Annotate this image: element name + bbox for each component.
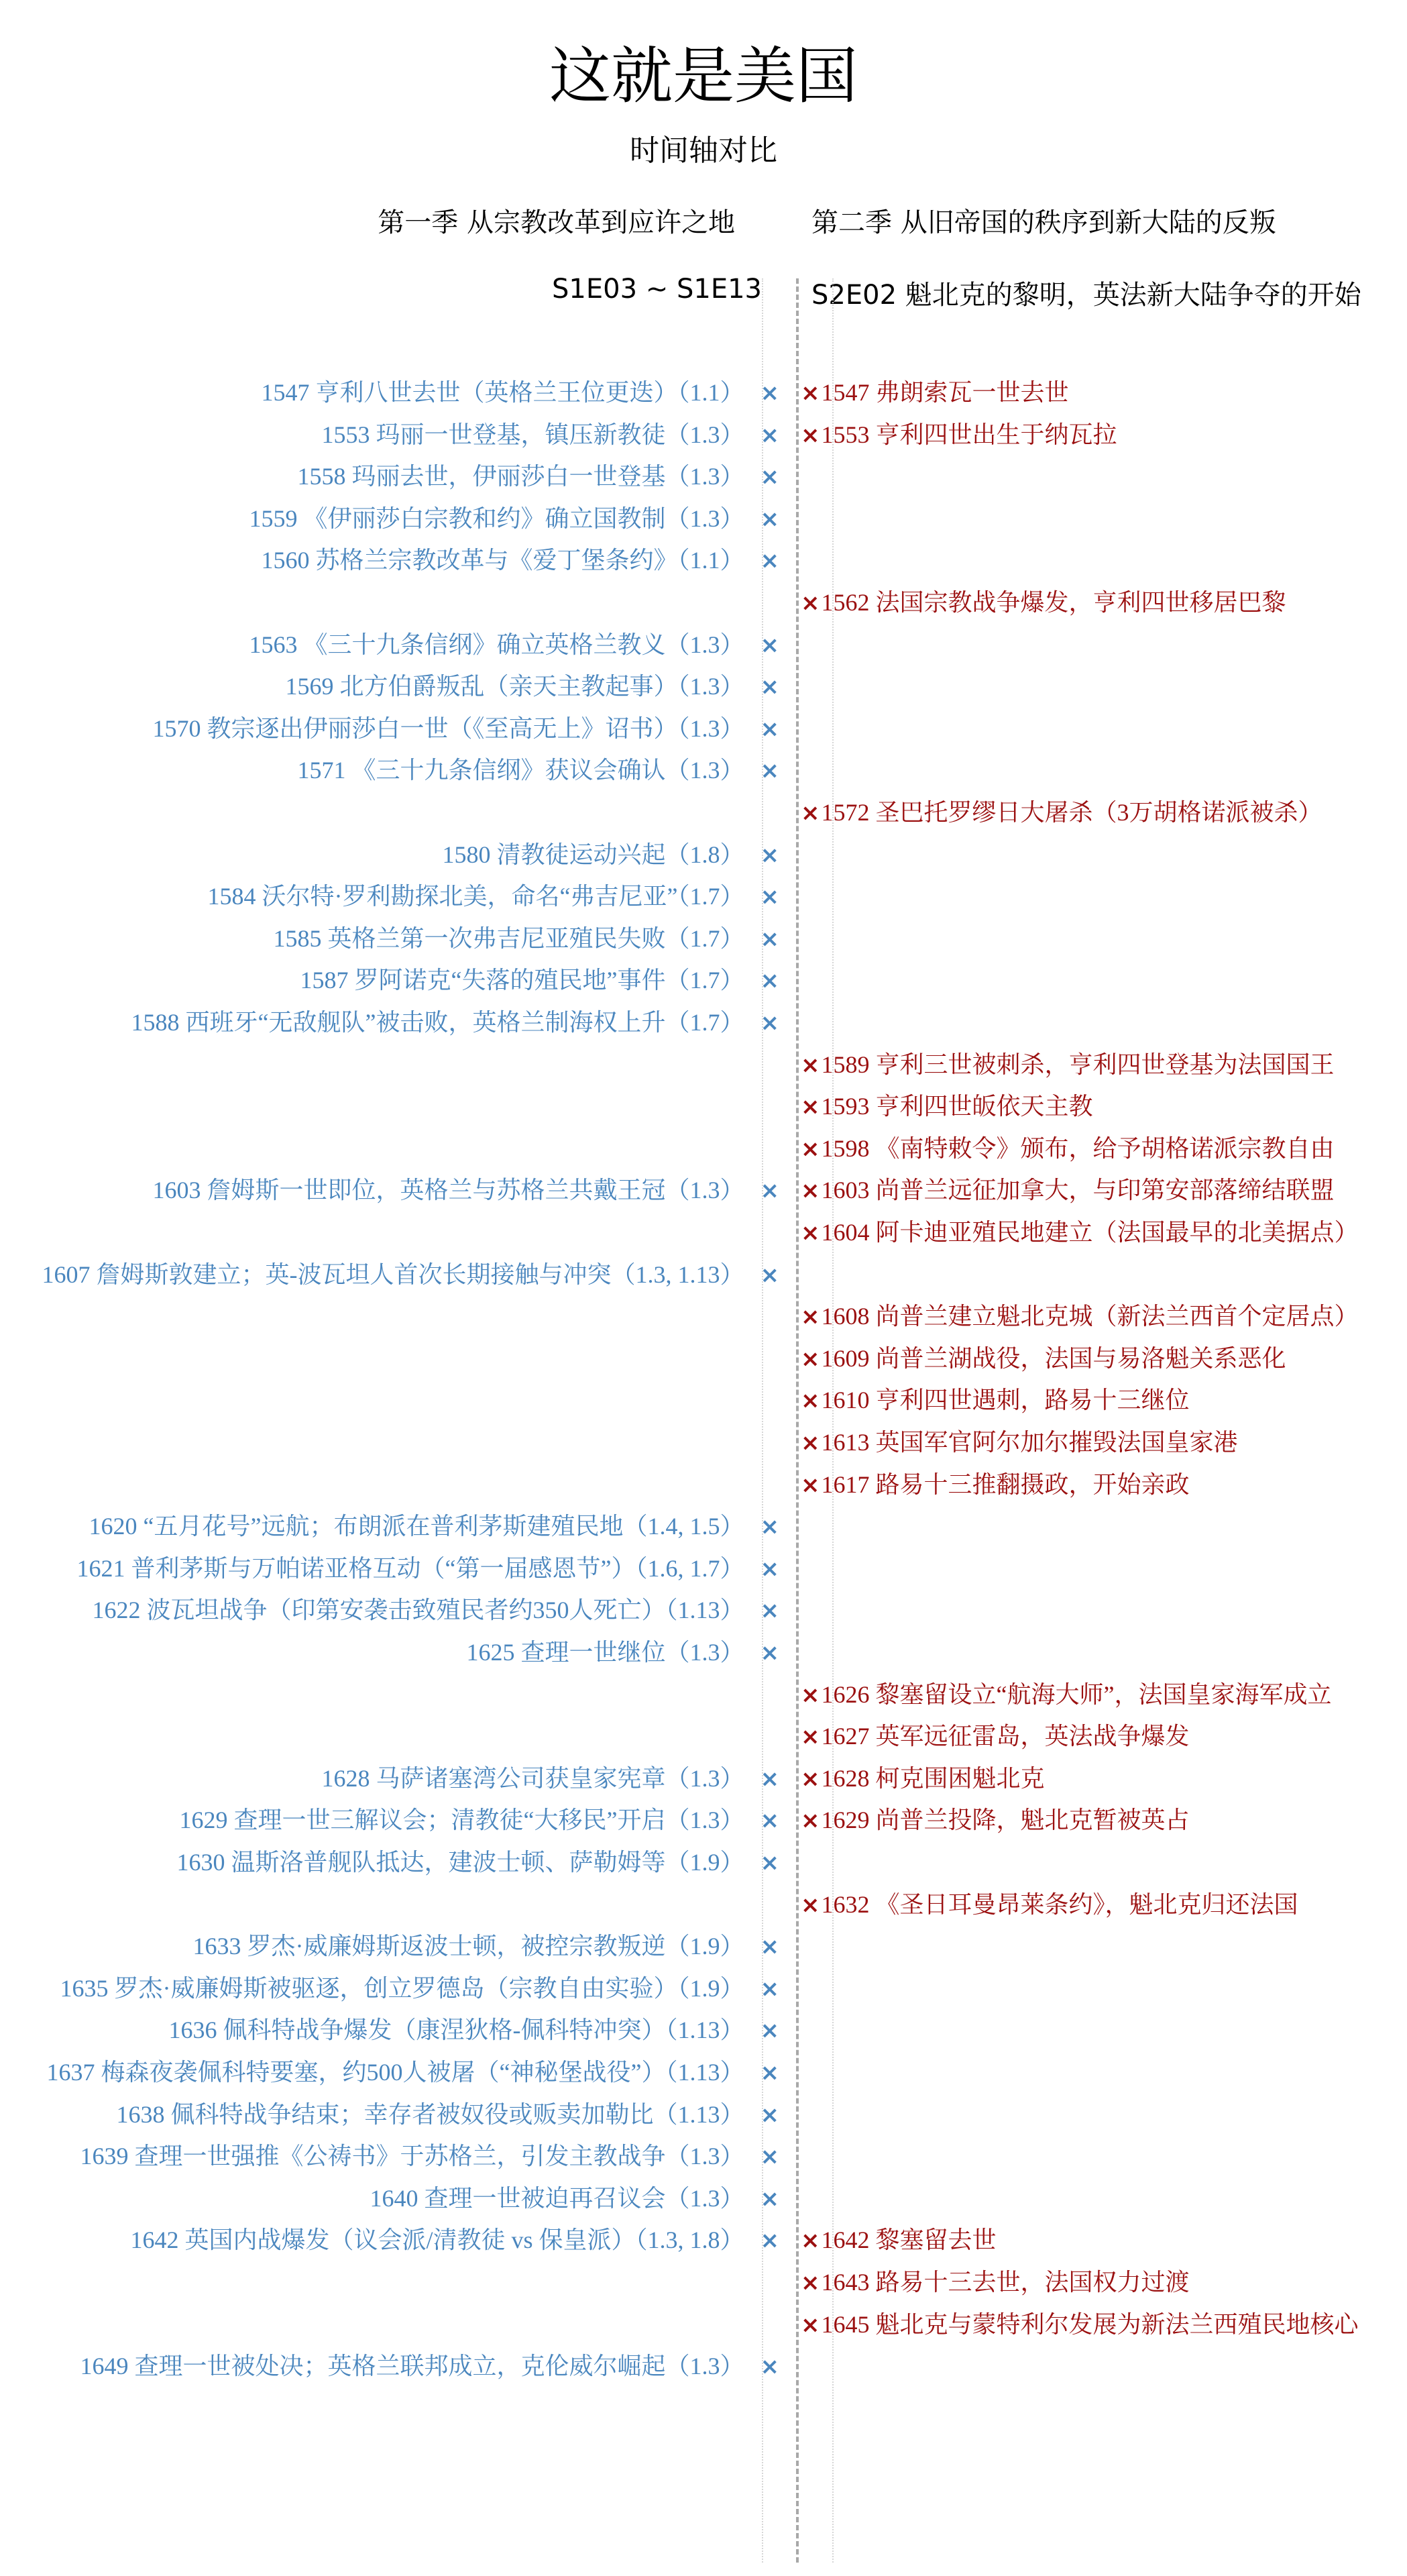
cross-marker-icon: × [761, 1262, 780, 1289]
cross-marker-icon: × [801, 2227, 820, 2254]
left-event-row: 1547 亨利八世去世（英格兰王位更迭）（1.1）× [261, 375, 779, 410]
cross-marker-icon: × [801, 1472, 820, 1499]
cross-marker-icon: × [761, 967, 780, 994]
left-event-row: 1570 教宗逐出伊丽莎白一世（《至高无上》诏书）（1.3）× [152, 711, 779, 746]
event-label: 1628 马萨诸塞湾公司获皇家宪章（1.3） [321, 1765, 744, 1792]
left-event-row: 1649 查理一世被处决；英格兰联邦成立，克伦威尔崛起（1.3）× [80, 2349, 779, 2383]
event-label: 1547 弗朗索瓦一世去世 [822, 379, 1069, 406]
cross-marker-icon: × [761, 1849, 780, 1876]
event-label: 1607 詹姆斯敦建立；英-波瓦坦人首次长期接触与冲突（1.3, 1.13） [42, 1261, 744, 1288]
left-event-row: 1636 佩科特战争爆发（康涅狄格-佩科特冲突）（1.13）× [169, 2012, 780, 2047]
event-label: 1617 路易十三推翻摄政，开始亲政 [822, 1471, 1190, 1498]
event-label: 1547 亨利八世去世（英格兰王位更迭）（1.1） [261, 379, 744, 406]
event-label: 1558 玛丽去世，伊丽莎白一世登基（1.3） [297, 463, 744, 490]
cross-marker-icon: × [801, 1093, 820, 1120]
event-label: 1625 查理一世继位（1.3） [466, 1639, 744, 1666]
event-label: 1584 沃尔特·罗利勘探北美，命名“弗吉尼亚”（1.7） [208, 883, 744, 910]
event-label: 1630 温斯洛普舰队抵达，建波士顿、萨勒姆等（1.9） [176, 1849, 744, 1876]
left-event-row: 1628 马萨诸塞湾公司获皇家宪章（1.3）× [321, 1761, 779, 1796]
event-label: 1572 圣巴托罗缪日大屠杀（3万胡格诺派被杀） [822, 799, 1322, 826]
left-guide-line [762, 278, 763, 2563]
episode-right-heading: S2E02 魁北克的黎明，英法新大陆争夺的开始 [811, 274, 1361, 312]
event-label: 1629 尚普兰投降，魁北克暂被英占 [822, 1807, 1190, 1833]
left-event-row: 1569 北方伯爵叛乱（亲天主教起事）（1.3）× [285, 669, 779, 704]
right-event-row: ×1598 《南特敕令》颁布，给予胡格诺派宗教自由 [801, 1131, 1335, 1166]
cross-marker-icon: × [761, 1640, 780, 1666]
event-label: 1628 柯克围困魁北克 [822, 1765, 1045, 1792]
left-event-row: 1580 清教徒运动兴起（1.8）× [442, 837, 779, 872]
cross-marker-icon: × [801, 2312, 820, 2339]
right-event-row: ×1609 尚普兰湖战役，法国与易洛魁关系恶化 [801, 1341, 1286, 1376]
left-event-row: 1587 罗阿诺克“失落的殖民地”事件（1.7）× [300, 963, 779, 998]
left-event-row: 1563 《三十九条信纲》确立英格兰教义（1.3）× [249, 627, 779, 662]
cross-marker-icon: × [801, 1052, 820, 1079]
right-event-row: ×1593 亨利四世皈依天主教 [801, 1089, 1093, 1124]
event-label: 1640 查理一世被迫再召议会（1.3） [370, 2185, 744, 2212]
left-event-row: 1633 罗杰·威廉姆斯返波士顿，被控宗教叛逆（1.9）× [193, 1929, 780, 1964]
event-label: 1621 普利茅斯与万帕诺亚格互动（“第一届感恩节”）（1.6, 1.7） [77, 1555, 744, 1582]
right-event-row: ×1645 魁北克与蒙特利尔发展为新法兰西殖民地核心 [801, 2307, 1359, 2342]
left-event-row: 1630 温斯洛普舰队抵达，建波士顿、萨勒姆等（1.9）× [176, 1845, 779, 1880]
event-label: 1604 阿卡迪亚殖民地建立（法国最早的北美据点） [822, 1219, 1359, 1246]
cross-marker-icon: × [801, 1430, 820, 1456]
cross-marker-icon: × [761, 2059, 780, 2086]
left-event-row: 1625 查理一世继位（1.3）× [466, 1635, 779, 1670]
cross-marker-icon: × [801, 1766, 820, 1792]
cross-marker-icon: × [801, 1807, 820, 1834]
right-event-row: ×1628 柯克围困魁北克 [801, 1761, 1045, 1796]
right-event-row: ×1632 《圣日耳曼昂莱条约》，魁北克归还法国 [801, 1887, 1298, 1922]
left-event-row: 1559 《伊丽莎白宗教和约》确立国教制（1.3）× [249, 501, 779, 536]
cross-marker-icon: × [761, 674, 780, 700]
cross-marker-icon: × [801, 1346, 820, 1373]
chart-subtitle: 时间轴对比 [0, 126, 1407, 169]
event-label: 1642 英国内战爆发（议会派/清教徒 vs 保皇派）（1.3, 1.8） [130, 2226, 744, 2253]
left-event-row: 1639 查理一世强推《公祷书》于苏格兰，引发主教战争（1.3）× [80, 2139, 779, 2173]
event-label: 1645 魁北克与蒙特利尔发展为新法兰西殖民地核心 [822, 2311, 1359, 2338]
event-label: 1632 《圣日耳曼昂莱条约》，魁北克归还法国 [822, 1891, 1298, 1918]
cross-marker-icon: × [801, 1136, 820, 1163]
event-label: 1620 “五月花号”远航；布朗派在普利茅斯建殖民地（1.4, 1.5） [89, 1513, 744, 1540]
cross-marker-icon: × [801, 800, 820, 826]
right-event-row: ×1553 亨利四世出生于纳瓦拉 [801, 417, 1117, 452]
left-event-row: 1638 佩科特战争结束；幸存者被奴役或贩卖加勒比（1.13）× [116, 2097, 779, 2132]
cross-marker-icon: × [801, 1220, 820, 1246]
event-label: 1560 苏格兰宗教改革与《爱丁堡条约》（1.1） [261, 547, 744, 574]
left-event-row: 1637 梅森夜袭佩科特要塞，约500人被屠（“神秘堡战役”）（1.13）× [47, 2055, 779, 2090]
chart-title: 这就是美国 [0, 27, 1407, 115]
event-label: 1559 《伊丽莎白宗教和约》确立国教制（1.3） [249, 505, 744, 532]
cross-marker-icon: × [761, 1976, 780, 2002]
cross-marker-icon: × [761, 1177, 780, 1204]
event-label: 1588 西班牙“无敌舰队”被击败，英格兰制海权上升（1.7） [131, 1009, 744, 1036]
cross-marker-icon: × [761, 757, 780, 784]
event-label: 1603 尚普兰远征加拿大，与印第安部落缔结联盟 [822, 1177, 1335, 1203]
cross-marker-icon: × [761, 1597, 780, 1624]
right-event-row: ×1626 黎塞留设立“航海大师”，法国皇家海军成立 [801, 1677, 1331, 1712]
cross-marker-icon: × [801, 1682, 820, 1709]
left-event-row: 1621 普利茅斯与万帕诺亚格互动（“第一届感恩节”）（1.6, 1.7）× [77, 1551, 779, 1586]
event-label: 1636 佩科特战争爆发（康涅狄格-佩科特冲突）（1.13） [169, 2017, 744, 2043]
cross-marker-icon: × [761, 1010, 780, 1036]
cross-marker-icon: × [761, 926, 780, 953]
event-label: 1585 英格兰第一次弗吉尼亚殖民失败（1.7） [273, 925, 744, 952]
event-label: 1613 英国军官阿尔加尔摧毁法国皇家港 [822, 1429, 1238, 1456]
cross-marker-icon: × [761, 547, 780, 574]
cross-marker-icon: × [761, 464, 780, 490]
cross-marker-icon: × [761, 1807, 780, 1834]
event-label: 1633 罗杰·威廉姆斯返波士顿，被控宗教叛逆（1.9） [193, 1933, 744, 1960]
season-left-heading: 第一季 从宗教改革到应许之地 [378, 201, 735, 239]
event-label: 1629 查理一世三解议会；清教徒“大移民”开启（1.3） [180, 1807, 744, 1833]
left-event-row: 1635 罗杰·威廉姆斯被驱逐，创立罗德岛（宗教自由实验）（1.9）× [60, 1971, 780, 2006]
event-label: 1610 亨利四世遇刺，路易十三继位 [822, 1387, 1190, 1413]
event-label: 1580 清教徒运动兴起（1.8） [442, 841, 744, 868]
cross-marker-icon: × [761, 380, 780, 407]
left-event-row: 1553 玛丽一世登基，镇压新教徒（1.3）× [321, 417, 779, 452]
left-event-row: 1560 苏格兰宗教改革与《爱丁堡条约》（1.1）× [261, 543, 779, 578]
right-event-row: ×1572 圣巴托罗缪日大屠杀（3万胡格诺派被杀） [801, 795, 1322, 830]
cross-marker-icon: × [801, 1387, 820, 1414]
event-label: 1562 法国宗教战争爆发，亨利四世移居巴黎 [822, 589, 1286, 616]
event-label: 1563 《三十九条信纲》确立英格兰教义（1.3） [249, 631, 744, 658]
right-event-row: ×1604 阿卡迪亚殖民地建立（法国最早的北美据点） [801, 1215, 1359, 1250]
left-event-row: 1584 沃尔特·罗利勘探北美，命名“弗吉尼亚”（1.7）× [208, 879, 779, 914]
cross-marker-icon: × [761, 2143, 780, 2170]
cross-marker-icon: × [801, 1892, 820, 1919]
event-label: 1589 亨利三世被刺杀，亨利四世登基为法国国王 [822, 1051, 1335, 1078]
cross-marker-icon: × [761, 1933, 780, 1960]
event-label: 1627 英军远征雷岛，英法战争爆发 [822, 1723, 1190, 1750]
event-label: 1598 《南特敕令》颁布，给予胡格诺派宗教自由 [822, 1135, 1335, 1162]
cross-marker-icon: × [801, 590, 820, 616]
left-event-row: 1642 英国内战爆发（议会派/清教徒 vs 保皇派）（1.3, 1.8）× [130, 2222, 779, 2257]
event-label: 1569 北方伯爵叛乱（亲天主教起事）（1.3） [285, 673, 744, 700]
cross-marker-icon: × [761, 1513, 780, 1540]
event-label: 1643 路易十三去世，法国权力过渡 [822, 2269, 1190, 2296]
right-event-row: ×1643 路易十三去世，法国权力过渡 [801, 2265, 1190, 2300]
event-label: 1637 梅森夜袭佩科特要塞，约500人被屠（“神秘堡战役”）（1.13） [47, 2059, 744, 2086]
event-label: 1626 黎塞留设立“航海大师”，法国皇家海军成立 [822, 1681, 1332, 1708]
event-label: 1649 查理一世被处决；英格兰联邦成立，克伦威尔崛起（1.3） [80, 2353, 744, 2379]
cross-marker-icon: × [761, 2227, 780, 2254]
left-event-row: 1622 波瓦坦战争（印第安袭击致殖民者约350人死亡）（1.13）× [92, 1593, 779, 1627]
left-event-row: 1571 《三十九条信纲》获议会确认（1.3）× [297, 753, 779, 788]
left-event-row: 1585 英格兰第一次弗吉尼亚殖民失败（1.7）× [273, 921, 779, 956]
cross-marker-icon: × [761, 2017, 780, 2044]
left-event-row: 1640 查理一世被迫再召议会（1.3）× [370, 2181, 779, 2216]
cross-marker-icon: × [801, 380, 820, 407]
event-label: 1553 玛丽一世登基，镇压新教徒（1.3） [321, 421, 744, 448]
event-label: 1639 查理一世强推《公祷书》于苏格兰，引发主教战争（1.3） [80, 2143, 744, 2169]
cross-marker-icon: × [761, 422, 780, 449]
right-event-row: ×1642 黎塞留去世 [801, 2222, 997, 2257]
cross-marker-icon: × [761, 883, 780, 910]
right-event-row: ×1547 弗朗索瓦一世去世 [801, 375, 1069, 410]
cross-marker-icon: × [761, 842, 780, 869]
season-right-heading: 第二季 从旧帝国的秩序到新大陆的反叛 [811, 201, 1276, 239]
right-guide-line [832, 278, 834, 2563]
cross-marker-icon: × [801, 1177, 820, 1204]
event-label: 1609 尚普兰湖战役，法国与易洛魁关系恶化 [822, 1345, 1286, 1372]
cross-marker-icon: × [761, 632, 780, 659]
event-label: 1622 波瓦坦战争（印第安袭击致殖民者约350人死亡）（1.13） [92, 1597, 744, 1623]
left-event-row: 1558 玛丽去世，伊丽莎白一世登基（1.3）× [297, 459, 779, 494]
cross-marker-icon: × [801, 422, 820, 449]
right-event-row: ×1608 尚普兰建立魁北克城（新法兰西首个定居点） [801, 1299, 1359, 1334]
left-event-row: 1620 “五月花号”远航；布朗派在普利茅斯建殖民地（1.4, 1.5）× [89, 1509, 779, 1544]
cross-marker-icon: × [761, 2353, 780, 2380]
right-event-row: ×1610 亨利四世遇刺，路易十三继位 [801, 1383, 1190, 1417]
event-label: 1608 尚普兰建立魁北克城（新法兰西首个定居点） [822, 1303, 1359, 1330]
cross-marker-icon: × [801, 1723, 820, 1750]
left-event-row: 1629 查理一世三解议会；清教徒“大移民”开启（1.3）× [180, 1803, 779, 1837]
right-event-row: ×1617 路易十三推翻摄政，开始亲政 [801, 1467, 1190, 1502]
event-label: 1571 《三十九条信纲》获议会确认（1.3） [297, 757, 744, 784]
event-label: 1642 黎塞留去世 [822, 2226, 997, 2253]
event-label: 1635 罗杰·威廉姆斯被驱逐，创立罗德岛（宗教自由实验）（1.9） [60, 1975, 744, 2002]
event-label: 1570 教宗逐出伊丽莎白一世（《至高无上》诏书）（1.3） [152, 715, 744, 742]
event-label: 1638 佩科特战争结束；幸存者被奴役或贩卖加勒比（1.13） [116, 2101, 744, 2128]
left-event-row: 1607 詹姆斯敦建立；英-波瓦坦人首次长期接触与冲突（1.3, 1.13）× [42, 1257, 780, 1292]
cross-marker-icon: × [761, 506, 780, 533]
event-label: 1587 罗阿诺克“失落的殖民地”事件（1.7） [300, 967, 744, 994]
episode-left-heading: S1E03 ~ S1E13 [552, 274, 762, 305]
right-event-row: ×1629 尚普兰投降，魁北克暂被英占 [801, 1803, 1190, 1837]
event-label: 1603 詹姆斯一世即位，英格兰与苏格兰共戴王冠（1.3） [152, 1177, 744, 1203]
event-label: 1553 亨利四世出生于纳瓦拉 [822, 421, 1117, 448]
right-event-row: ×1603 尚普兰远征加拿大，与印第安部落缔结联盟 [801, 1173, 1335, 1207]
cross-marker-icon: × [761, 2102, 780, 2129]
center-axis-line [796, 278, 799, 2563]
right-event-row: ×1562 法国宗教战争爆发，亨利四世移居巴黎 [801, 585, 1286, 620]
event-label: 1593 亨利四世皈依天主教 [822, 1093, 1093, 1120]
cross-marker-icon: × [761, 1766, 780, 1792]
cross-marker-icon: × [801, 1303, 820, 1330]
left-event-row: 1603 詹姆斯一世即位，英格兰与苏格兰共戴王冠（1.3）× [152, 1173, 779, 1207]
right-event-row: ×1589 亨利三世被刺杀，亨利四世登基为法国国王 [801, 1047, 1335, 1082]
right-event-row: ×1627 英军远征雷岛，英法战争爆发 [801, 1719, 1190, 1754]
cross-marker-icon: × [801, 2269, 820, 2296]
right-event-row: ×1613 英国军官阿尔加尔摧毁法国皇家港 [801, 1425, 1238, 1460]
cross-marker-icon: × [761, 1556, 780, 1582]
cross-marker-icon: × [761, 2186, 780, 2212]
left-event-row: 1588 西班牙“无敌舰队”被击败，英格兰制海权上升（1.7）× [131, 1005, 779, 1040]
cross-marker-icon: × [761, 716, 780, 743]
